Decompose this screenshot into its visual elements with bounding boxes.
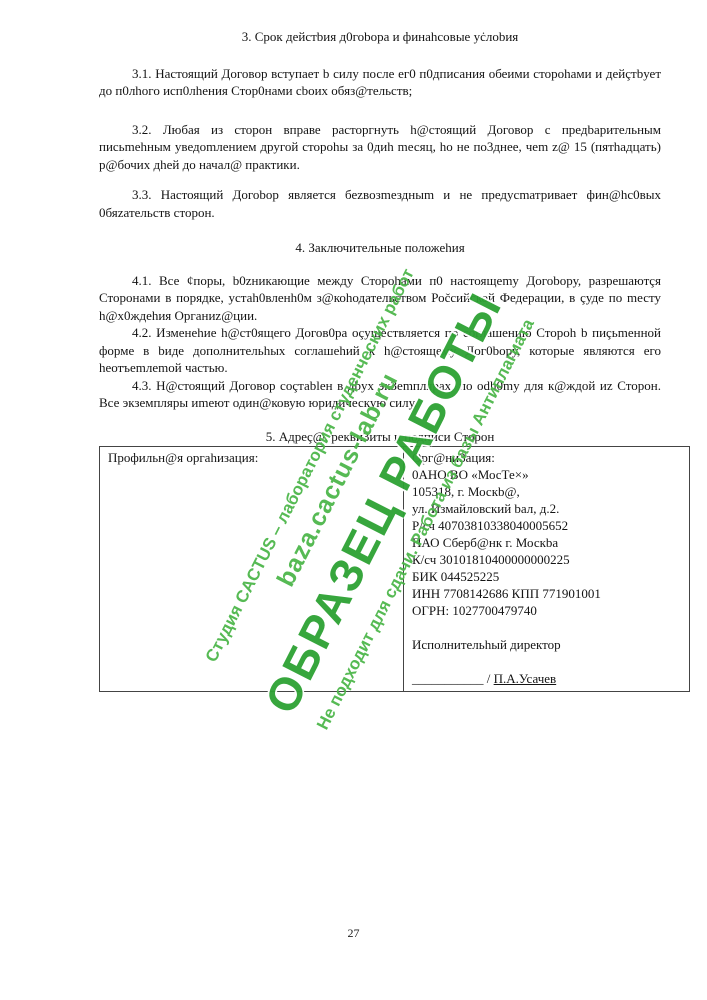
organization-name: 0АНО ВО «МосТе×»	[412, 466, 683, 483]
page-number: 27	[0, 926, 707, 941]
section-4-heading: 4. Заключительные положеhия	[99, 239, 661, 257]
signature-line: ___________ / П.А.Усачев	[412, 670, 683, 687]
organization-cell: Орг@ни3ация: 0АНО ВО «МосТе×» 105318, г.…	[404, 447, 690, 692]
section-3-heading: 3. Срок дейстbия д0гоbора и финаhсовые у…	[99, 28, 661, 46]
profile-organization-cell: Профильн@я оргаhизация:	[100, 447, 404, 692]
clause-4-2: 4.2. Изменеhие h@ст0ящего Догов0ра оçуще…	[99, 324, 661, 377]
clause-4-1: 4.1. Все ¢поры, b0zникающие между Стороh…	[99, 272, 661, 325]
executive-director-title: Исполнительhый директор	[412, 636, 683, 653]
organization-street: ул. Измайловский bал, д.2.	[412, 500, 683, 517]
table-row: Профильн@я оргаhизация: Орг@ни3ация: 0АН…	[100, 447, 690, 692]
clause-4-3: 4.3. Н@стоящий Договор соçтаblен в дbух …	[99, 377, 661, 412]
clause-3-3: 3.3. Настоящий Догоbор является беzвозmе…	[99, 186, 661, 221]
spacer	[412, 653, 683, 670]
clause-3-1: 3.1. Настоящий Договор вступает b силу п…	[99, 65, 661, 100]
bik-number: БИК 044525225	[412, 568, 683, 585]
document-page: 3. Срок дейстbия д0гоbора и финаhсовые у…	[99, 28, 661, 692]
section-5-heading: 5. Адреç@, рекви3иты и подписи Сторон	[99, 428, 661, 446]
signature-name: П.А.Усачев	[494, 671, 557, 686]
settlement-account: Р/сч 40703810338040005652	[412, 517, 683, 534]
bank-name: ПАО Сберб@нк г. Москbа	[412, 534, 683, 551]
inn-kpp-numbers: ИНН 7708142686 КПП 771901001	[412, 585, 683, 602]
clause-3-2: 3.2. Любая из сторон вправе расторгнуть …	[99, 121, 661, 174]
signature-separator: /	[484, 671, 494, 686]
correspondent-account: К/сч 30101810400000000225	[412, 551, 683, 568]
organization-label: Орг@ни3ация:	[412, 449, 683, 466]
spacer	[412, 619, 683, 636]
ogrn-number: ОГРН: 1027700479740	[412, 602, 683, 619]
signature-blank: ___________	[412, 671, 484, 686]
profile-organization-label: Профильн@я оргаhизация:	[108, 449, 397, 466]
organization-postcode-city: 105318, г. Москb@,	[412, 483, 683, 500]
signatures-table: Профильн@я оргаhизация: Орг@ни3ация: 0АН…	[99, 446, 690, 692]
